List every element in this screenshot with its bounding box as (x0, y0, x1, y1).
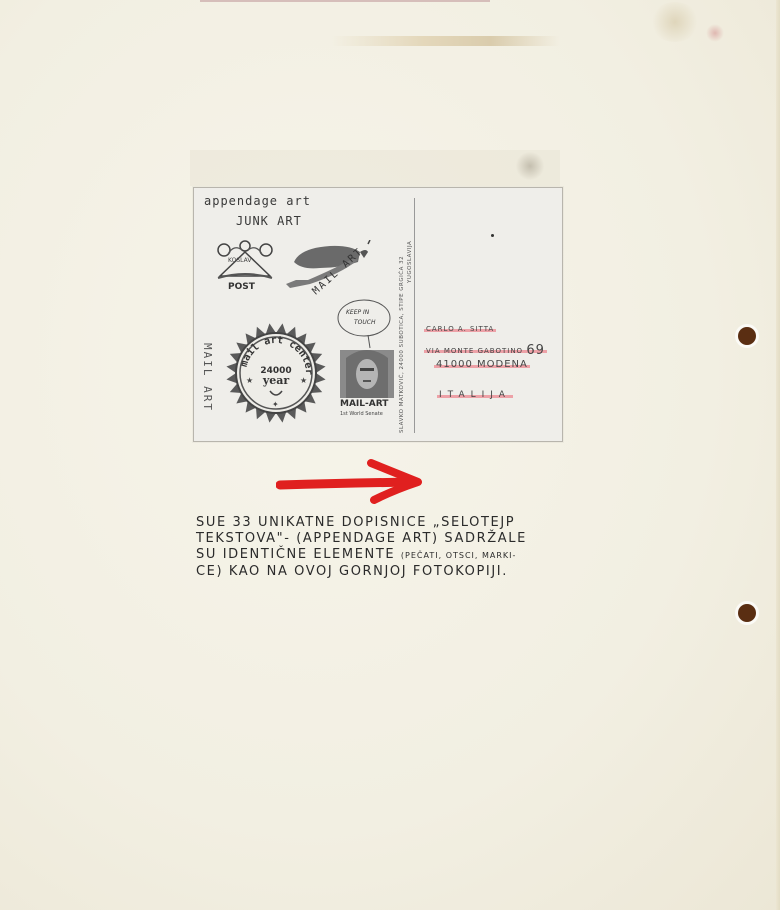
corner-stain (650, 2, 700, 42)
svg-text:★: ★ (246, 376, 253, 385)
tape-stain (330, 36, 560, 46)
recipient-name: CARLO A. SITTA (426, 325, 494, 333)
postcard-photocopy: appendage art JUNK ART MAIL ART KOSLAV P… (193, 187, 563, 442)
recipient-city: 41000 MODENA (436, 359, 528, 370)
ink-dot (491, 234, 494, 237)
svg-text:★: ★ (300, 376, 307, 385)
pink-stain (706, 24, 724, 42)
postcard-divider (414, 198, 415, 433)
koslav-label: KOSLAV (228, 257, 251, 264)
note-line4: CE) KAO NA OVOJ GORNJOJ FOTOKOPIJI. (196, 564, 576, 580)
postcard-vertical-label: MAIL ART (201, 343, 214, 412)
face-caption: MAIL-ART (340, 399, 388, 409)
top-edge-mark (200, 0, 490, 2)
postcard-title: appendage art (204, 194, 311, 208)
note-line2: TEKSTOVA"- (APPENDAGE ART) SADRŽALE (196, 531, 576, 547)
punch-hole (738, 327, 756, 345)
bird-icon (280, 240, 380, 295)
bird-stamp (280, 240, 380, 295)
sender-address-line2: YUGOSLAVIJA (407, 241, 413, 283)
recipient-country: ITALIJA (439, 390, 511, 400)
note-line3-small: (PEČATI, OTSCI, MARKI- (401, 551, 517, 560)
arrow-right-icon (276, 455, 426, 505)
ghost-tape-band (190, 150, 560, 186)
koslav-post-stamp: KOSLAV POST (214, 240, 276, 290)
postcard-subtitle: JUNK ART (236, 214, 302, 228)
face-subcaption: 1st World Senate (340, 411, 383, 417)
note-line3: SU IDENTIČNE ELEMENTE (PEČATI, OTSCI, MA… (196, 547, 576, 564)
smudge-stain (515, 152, 545, 180)
bubble-line1: KEEP IN (346, 309, 369, 316)
bubble-line2: TOUCH (354, 319, 375, 326)
mail-art-center-stamp: mail art center 24000 year ★ ★ ✦ (224, 321, 328, 425)
sun-seal-icon: mail art center 24000 year ★ ★ ✦ (224, 321, 328, 425)
svg-text:✦: ✦ (272, 400, 279, 409)
punch-hole (738, 604, 756, 622)
street-number: 69 (526, 343, 545, 358)
document-page: appendage art JUNK ART MAIL ART KOSLAV P… (0, 0, 780, 910)
sender-address-line1: SLAVKO MATKOVIĆ, 24000 SUBOTICA, STIPE G… (399, 256, 405, 433)
handwritten-note: SUE 33 UNIKATNE DOPISNICE „SELOTEJP TEKS… (196, 515, 576, 580)
note-line1: SUE 33 UNIKATNE DOPISNICE „SELOTEJP (196, 515, 576, 531)
recipient-street: VIA MONTE GABOTINO 69 (426, 342, 545, 357)
page-edge (776, 0, 780, 910)
koslav-post-label: POST (228, 282, 255, 292)
center-year: year (262, 374, 290, 387)
